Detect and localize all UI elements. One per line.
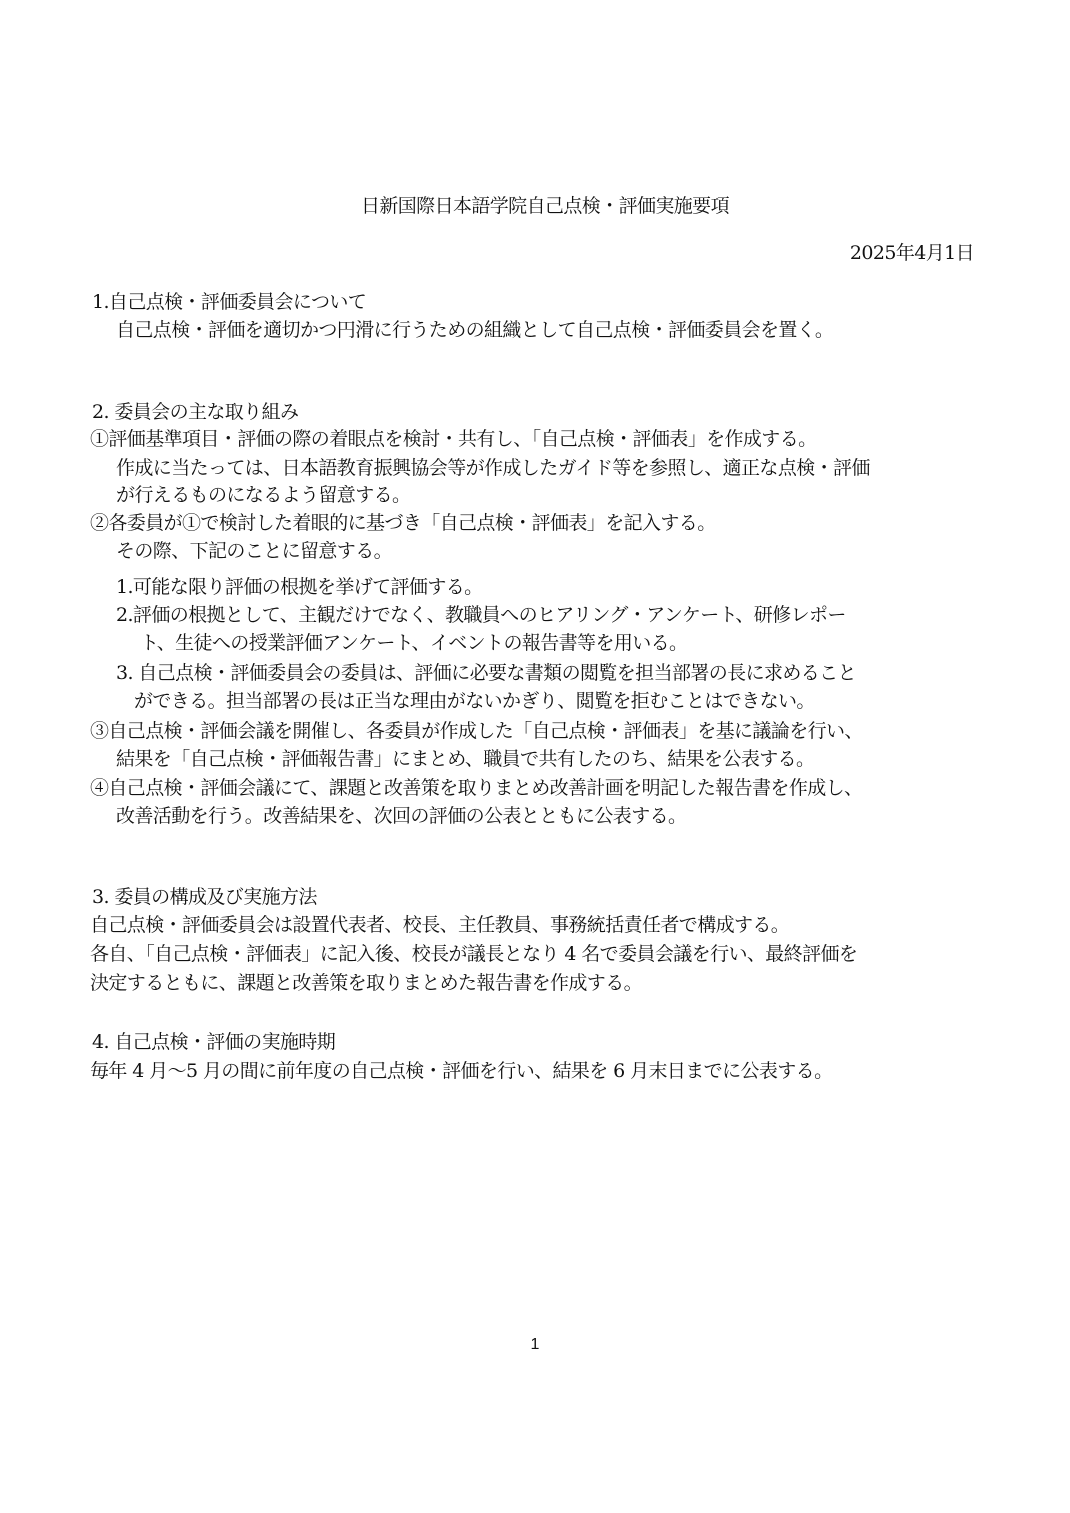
body-line: その際、下記のことに留意する。 xyxy=(116,538,392,564)
body-line: ト、生徒への授業評価アンケート、イベントの報告書等を用いる。 xyxy=(140,630,687,656)
body-line: 3. 自己点検・評価委員会の委員は、評価に必要な書類の閲覧を担当部署の長に求める… xyxy=(116,660,856,686)
body-line: 結果を「自己点検・評価報告書」にまとめ、職員で共有したのち、結果を公表する。 xyxy=(116,746,814,772)
body-line: ①評価基準項目・評価の際の着眼点を検討・共有し、「自己点検・評価表」を作成する。 xyxy=(90,426,817,452)
document-date: 2025年4月1日 xyxy=(850,240,974,266)
body-line: 作成に当たっては、日本語教育振興協会等が作成したガイド等を参照し、適正な点検・評… xyxy=(116,455,870,481)
document-title: 日新国際日本語学院自己点検・評価実施要項 xyxy=(0,193,1070,219)
document-page: 日新国際日本語学院自己点検・評価実施要項 2025年4月1日 1.自己点検・評価… xyxy=(0,0,1070,1513)
body-line: 自己点検・評価委員会は設置代表者、校長、主任教員、事務統括責任者で構成する。 xyxy=(90,912,789,938)
body-line: 1.可能な限り評価の根拠を挙げて評価する。 xyxy=(116,574,483,600)
section-heading: 1.自己点検・評価委員会について xyxy=(92,289,366,315)
section-heading: 4. 自己点検・評価の実施時期 xyxy=(92,1029,335,1055)
body-line: ②各委員が①で検討した着眼的に基づき「自己点検・評価表」を記入する。 xyxy=(90,510,716,536)
body-line: ができる。担当部署の長は正当な理由がないかぎり、閲覧を拒むことはできない。 xyxy=(134,688,815,714)
section-heading: 3. 委員の構成及び実施方法 xyxy=(92,884,317,910)
body-line: 決定するともに、課題と改善策を取りまとめた報告書を作成する。 xyxy=(90,970,642,996)
section-heading: 2. 委員会の主な取り組み xyxy=(92,399,298,425)
body-line: 自己点検・評価を適切かつ円滑に行うための組織として自己点検・評価委員会を置く。 xyxy=(116,317,833,343)
body-line: 各自、「自己点検・評価表」に記入後、校長が議長となり 4 名で委員会議を行い、最… xyxy=(90,941,857,967)
body-line: 2.評価の根拠として、主観だけでなく、教職員へのヒアリング・アンケート、研修レポ… xyxy=(116,602,846,628)
body-line: ③自己点検・評価会議を開催し、各委員が作成した「自己点検・評価表」を基に議論を行… xyxy=(90,718,863,744)
body-line: 改善活動を行う。改善結果を、次回の評価の公表とともに公表する。 xyxy=(116,803,686,829)
body-line: ④自己点検・評価会議にて、課題と改善策を取りまとめ改善計画を明記した報告書を作成… xyxy=(90,775,862,801)
page-number: 1 xyxy=(0,1336,1070,1354)
body-line: が行えるものになるよう留意する。 xyxy=(116,482,410,508)
body-line: 毎年 4 月～5 月の間に前年度の自己点検・評価を行い、結果を 6 月末日までに… xyxy=(90,1058,832,1084)
